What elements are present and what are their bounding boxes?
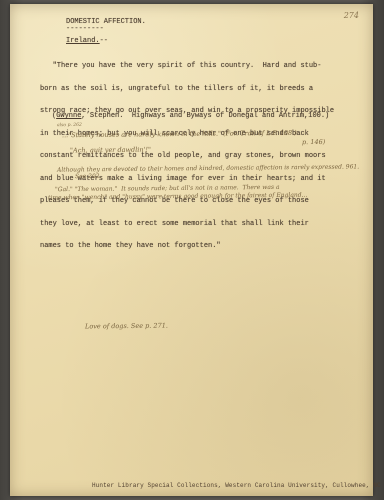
- handwritten-citation-note: also p. 262: [57, 122, 82, 130]
- subheading-ireland: Ireland.--: [66, 38, 108, 46]
- handwritten-dialect-note: "Ach, quit yer dawdlin'!": [70, 146, 151, 155]
- document-page: 274 DOMESTIC AFFECTION. --------- Irelan…: [10, 4, 373, 496]
- citation: (Gwynne, Stephen. Highways and Byways of…: [52, 113, 329, 121]
- citation-rest: , Stephen. Highways and Byways of Donega…: [81, 112, 329, 120]
- handwritten-see-note: See 202.: [75, 173, 102, 181]
- library-credit-caption: Hunter Library Special Collections, West…: [92, 482, 381, 489]
- quote-line: "There you have the very spirit of this …: [40, 63, 334, 71]
- handwritten-love-note: Love of dogs. See p. 271.: [85, 322, 168, 331]
- citation-author: Gwynne: [56, 112, 81, 120]
- quote-line: names to the home they have not forgotte…: [40, 243, 334, 251]
- quotation-block: "There you have the very spirit of this …: [40, 48, 334, 266]
- subheading-dashes: --: [100, 37, 108, 45]
- quote-line: born as the soil is, ungrateful to the t…: [40, 86, 334, 94]
- heading-underline: ---------: [66, 26, 104, 34]
- quote-line: they love, at least to erect some memori…: [40, 221, 334, 229]
- subheading-label: Ireland.: [66, 37, 100, 45]
- scan-background: 274 DOMESTIC AFFECTION. --------- Irelan…: [0, 0, 384, 500]
- page-number: 274: [344, 11, 359, 20]
- handwritten-stately-page: p. 146): [302, 138, 325, 146]
